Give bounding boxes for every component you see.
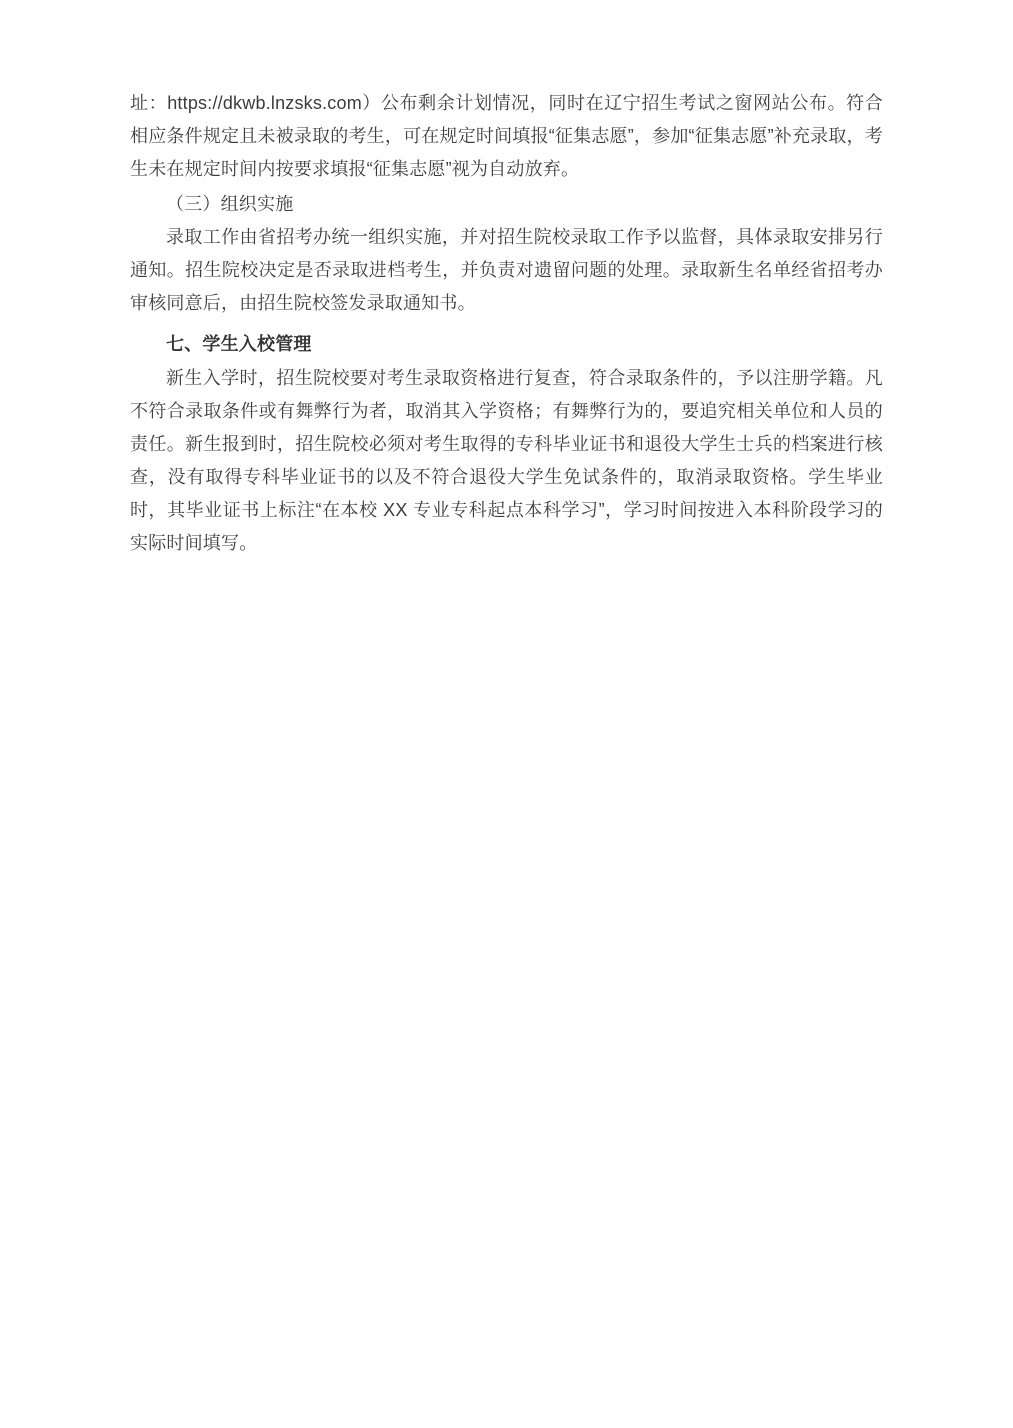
sub-heading-organization-implementation: （三）组织实施 — [130, 188, 883, 221]
paragraph-enrollment-review: 新生入学时，招生院校要对考生录取资格进行复查，符合录取条件的，予以注册学籍。凡不… — [130, 362, 883, 560]
section-heading-student-enrollment-management: 七、学生入校管理 — [130, 328, 883, 361]
paragraph-admission-supplement: 址：https://dkwb.lnzsks.com）公布剩余计划情况，同时在辽宁… — [130, 87, 883, 186]
document-page: 址：https://dkwb.lnzsks.com）公布剩余计划情况，同时在辽宁… — [0, 0, 1013, 1428]
article-body: 址：https://dkwb.lnzsks.com）公布剩余计划情况，同时在辽宁… — [130, 87, 883, 560]
paragraph-admission-work: 录取工作由省招考办统一组织实施，并对招生院校录取工作予以监督，具体录取安排另行通… — [130, 221, 883, 320]
